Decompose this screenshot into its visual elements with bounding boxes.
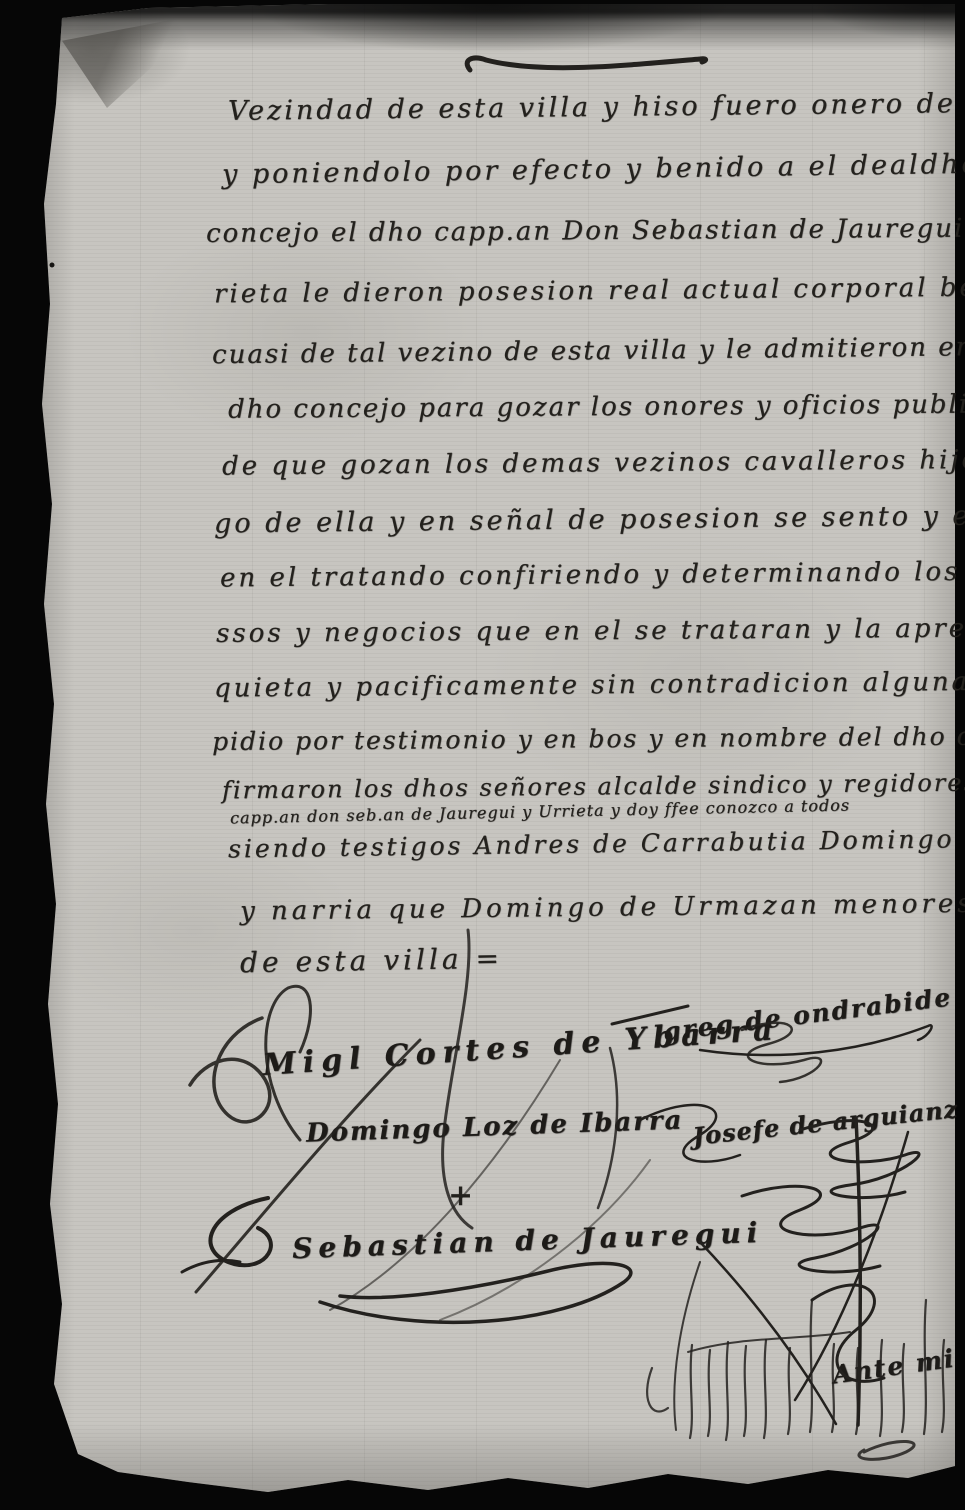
manuscript-line-7: de que gozan los demas vezinos cavallero… — [222, 444, 965, 481]
scanned-manuscript-page: { "page": { "background_color": "#060606… — [0, 0, 965, 1510]
manuscript-line-10: ssos y negocios que en el se trataran y … — [216, 613, 965, 649]
manuscript-line-3: concejo el dho capp.an Don Sebastian de … — [206, 213, 965, 249]
cross-mark: + — [448, 1178, 473, 1213]
manuscript-line-12: pidio por testimonio y en bos y en nombr… — [212, 721, 965, 756]
manuscript-line-9: en el tratando confiriendo y determinand… — [220, 557, 965, 594]
manuscript-line-6: dho concejo para gozar los onores y ofic… — [228, 389, 965, 425]
manuscript-line-17: de esta villa = — [240, 942, 503, 980]
manuscript-line-11: quieta y pacificamente sin contradicion … — [214, 666, 965, 703]
